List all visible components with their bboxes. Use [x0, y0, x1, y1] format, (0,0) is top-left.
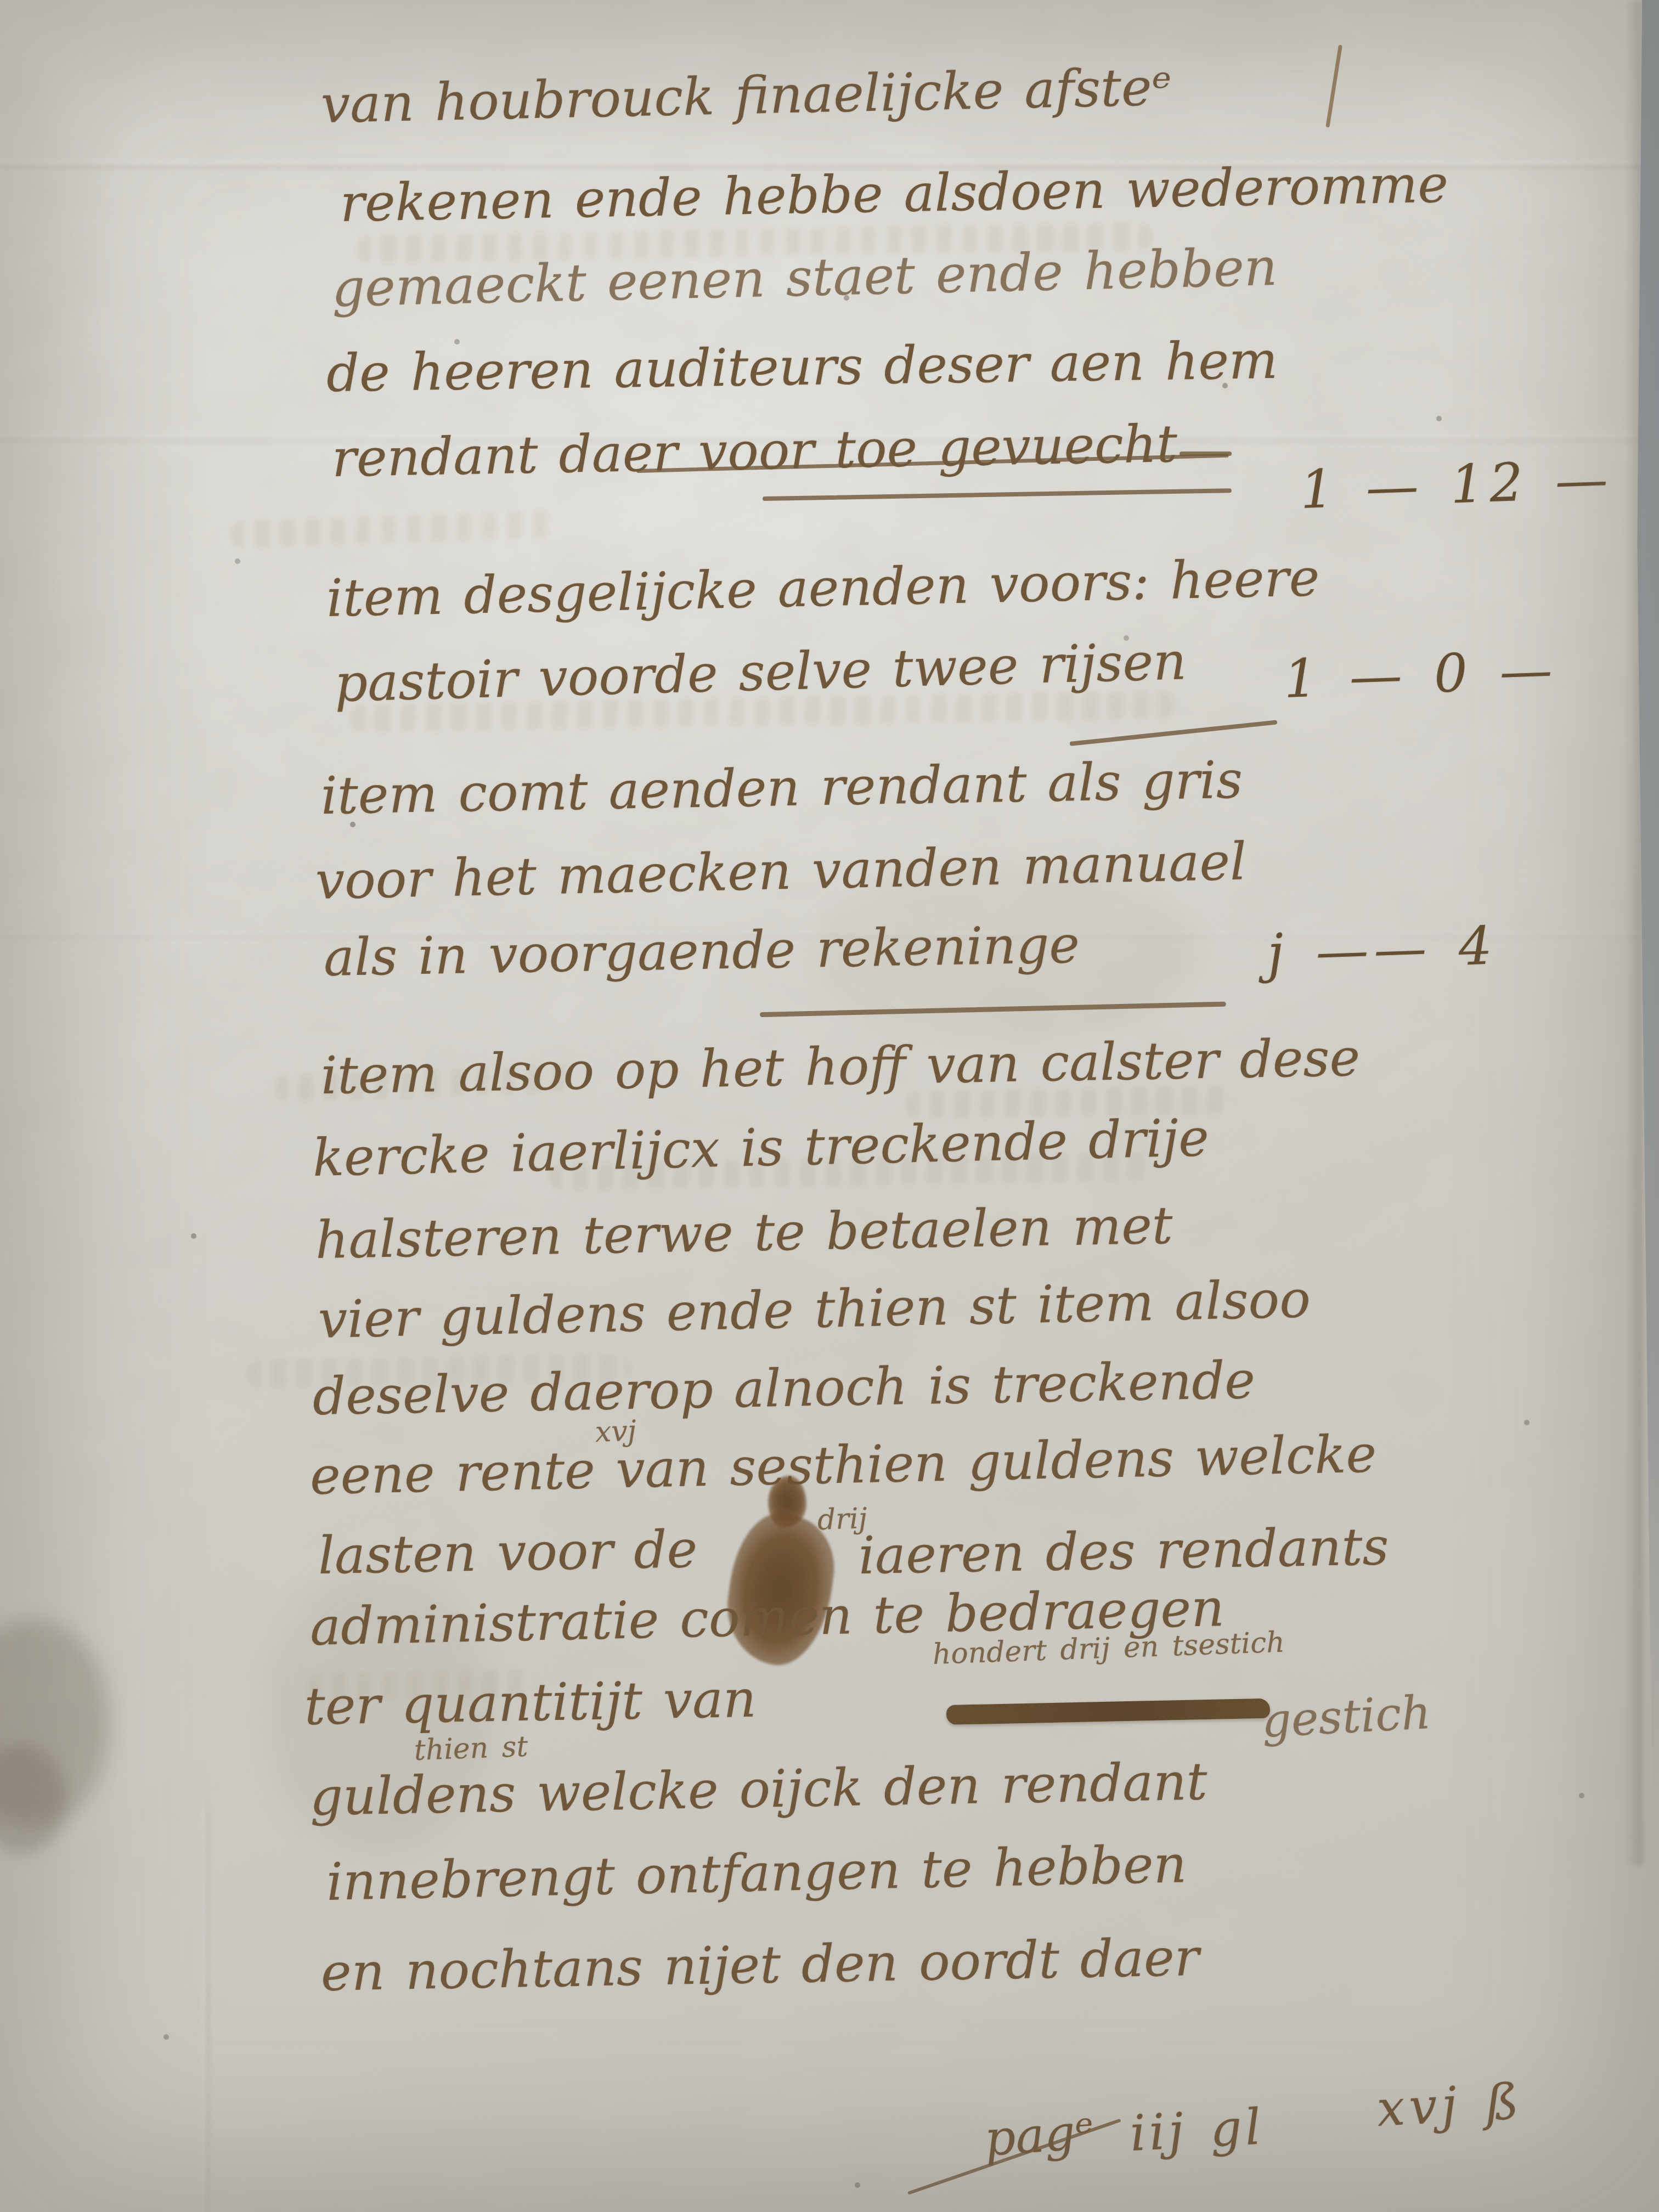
text-line: ter quantitijt van	[304, 1674, 757, 1733]
text-line: als in voorgaende rekeninge	[323, 919, 1080, 984]
ink-showthrough	[230, 510, 560, 549]
text-line: van houbrouck finaelijcke afsteᵉ	[320, 62, 1172, 131]
edge-stain	[0, 1745, 66, 1854]
text-line: eene rente van sesthien guldens welcke	[309, 1429, 1377, 1503]
text-line: de heeren auditeurs deser aen hem	[326, 335, 1278, 400]
heavy-strikethrough	[946, 1699, 1271, 1725]
ruled-line	[763, 488, 1232, 501]
text-line: guldens welcke oijck den rendant	[309, 1756, 1207, 1824]
text-line: halsteren terwe te betaelen met	[315, 1200, 1173, 1267]
margin-amount: 1 — 0 —	[1283, 644, 1559, 706]
text-line: lasten voor de	[318, 1524, 698, 1582]
text-line: innebrengt ontfangen te hebben	[326, 1839, 1187, 1909]
edge-stain	[0, 1618, 110, 1827]
manuscript-page: van houbrouck finaelijcke afsteᵉ rekenen…	[0, 0, 1659, 2212]
text-line: iaeren des rendants	[858, 1521, 1389, 1582]
footer-amount-stuivers: xvj ß	[1376, 2077, 1525, 2134]
margin-amount: 1 — 12 —	[1299, 453, 1614, 516]
text-line: item comt aenden rendant als gris	[320, 755, 1243, 822]
text-line: item desgelijcke aenden voors: heere	[326, 552, 1320, 625]
ruled-line-stub	[1180, 452, 1232, 456]
text-line: deselve daerop alnoch is treckende	[312, 1355, 1256, 1423]
struck-word-tail: gestich	[1261, 1689, 1432, 1744]
paper-crease-vertical	[202, 1799, 210, 2212]
text-line: vier guldens ende thien st item alsoo	[318, 1274, 1311, 1346]
text-line: rendant daer voor toe gevuecht	[331, 419, 1178, 485]
footer-amount-guilders: iij gl	[1129, 2102, 1266, 2159]
underline	[1070, 720, 1278, 746]
ruled-line	[760, 1002, 1226, 1017]
text-line: rekenen ende hebbe alsdoen wederomme	[340, 159, 1448, 230]
margin-amount: j —— 4	[1266, 919, 1498, 980]
dust-specks	[0, 0, 3, 3]
ink-stroke	[1325, 44, 1342, 127]
text-line: voor het maecken vanden manuael	[315, 836, 1247, 907]
interlinear-note: thien st	[414, 1733, 528, 1765]
text-line: en nochtans nijet den oordt daer	[320, 1932, 1199, 1999]
